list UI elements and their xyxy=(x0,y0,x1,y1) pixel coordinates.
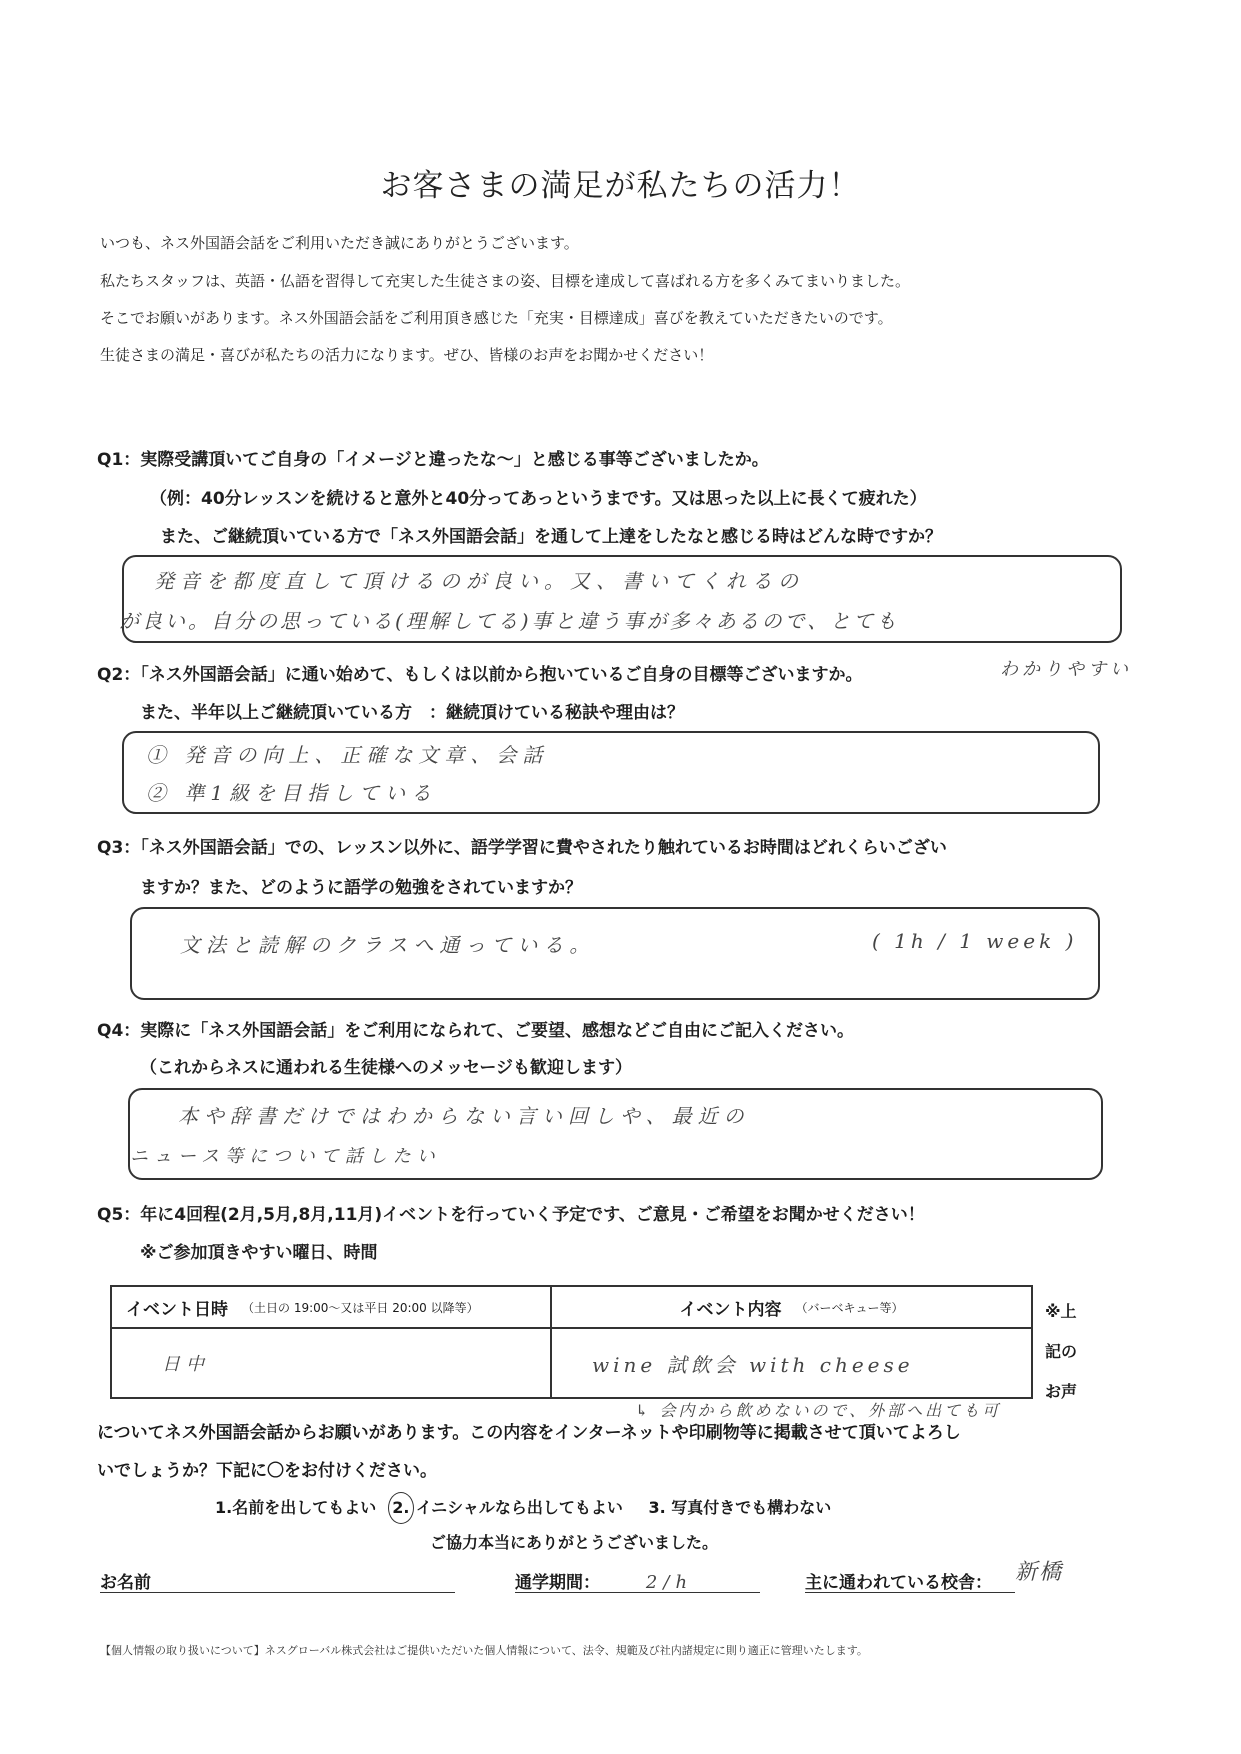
q1-answer-box[interactable]: 発音を都度直して頂けるのが良い。又、書いてくれるの が良い。自分の思っている(理… xyxy=(122,555,1122,643)
intro-line: そこでお願いがあります。ネス外国語会話をご利用頂き感じた「充実・目標達成」喜びを… xyxy=(100,307,893,328)
consent-option-label: イニシャルなら出してもよい xyxy=(416,1498,623,1517)
side-note-line: 記の xyxy=(1045,1332,1085,1372)
event-content-value: wine 試飲会 with cheese xyxy=(592,1349,914,1378)
q1-example: （例：40分レッスンを続けると意外と40分ってあっというまです。又は思った以上に… xyxy=(150,484,927,509)
consent-option-number: 3. xyxy=(648,1498,665,1517)
intro-line: 生徒さまの満足・喜びが私たちの活力になります。ぜひ、皆様のお声をお聞かせください… xyxy=(100,344,713,365)
consent-option-label: 名前を出してもよい xyxy=(232,1498,376,1517)
event-content-header-note: （バーベキュー等） xyxy=(795,1299,903,1316)
q1-answer-overflow: わかりやすい xyxy=(1000,655,1132,681)
consent-option-label: 写真付きでも構わない xyxy=(671,1498,831,1517)
school-value: 新橋 xyxy=(1015,1555,1063,1586)
q3-answer-frequency: ( 1h / 1 week ) xyxy=(872,929,1077,953)
consent-line2: いでしょうか？下記に〇をお付けください。 xyxy=(97,1456,437,1481)
q1-sub: また、ご継続頂いている方で「ネス外国語会話」を通して上達をしたなと感じる時はどん… xyxy=(160,522,942,547)
consent-option-number: 2. xyxy=(392,1498,409,1517)
consent-option-3[interactable]: 3. 写真付きでも構わない xyxy=(648,1498,831,1517)
consent-option-number: 1. xyxy=(215,1498,232,1517)
enrollment-period-field[interactable]: 通学期間： 2/h xyxy=(515,1568,760,1593)
consent-line1: についてネス外国語会話からお願いがあります。この内容をインターネットや印刷物等に… xyxy=(97,1418,961,1443)
q3-label: Q3：「ネス外国語会話」での、レッスン以外に、語学学習に費やされたり触れているお… xyxy=(97,833,947,858)
q2-answer-box[interactable]: ① 発音の向上、正確な文章、会話 ② 準1級を目指している xyxy=(122,731,1100,814)
q4-label: Q4：実際に「ネス外国語会話」をご利用になられて、ご要望、感想などご自由にご記入… xyxy=(97,1016,854,1041)
q2-answer-line2: ② 準1級を目指している xyxy=(146,777,437,806)
q5-label: Q5：年に4回程(2月,5月,8月,11月)イベントを行っていく予定です、ご意見… xyxy=(97,1200,925,1225)
q1-answer-line2: が良い。自分の思っている(理解してる)事と違う事が多々あるので、とても xyxy=(119,605,899,634)
q2-sub: また、半年以上ご継続頂いている方 ：継続頂けている秘訣や理由は？ xyxy=(140,698,684,723)
event-table: イベント日時 （土日の 19:00～又は平日 20:00 以降等） イベント内容… xyxy=(110,1285,1033,1399)
q2-label: Q2：「ネス外国語会話」に通い始めて、もしくは以前から抱いているご自身の目標等ご… xyxy=(97,660,862,685)
event-date-header: イベント日時 （土日の 19:00～又は平日 20:00 以降等） xyxy=(112,1287,552,1329)
q1-label: Q1：実際受講頂いてご自身の「イメージと違ったな～」と感じる事等ございましたか。 xyxy=(97,445,769,470)
side-note-line: ※上 xyxy=(1045,1292,1085,1332)
event-date-value: 日中 xyxy=(162,1350,210,1376)
thanks-message: ご協力本当にありがとうございました。 xyxy=(430,1530,718,1553)
period-label: 通学期間： xyxy=(515,1573,600,1593)
event-date-cell[interactable]: 日中 xyxy=(112,1329,552,1397)
consent-option-2[interactable]: 2.イニシャルなら出してもよい xyxy=(386,1498,629,1517)
privacy-notice: 【個人情報の取り扱いについて】ネスグローバル株式会社はご提供いただいた個人情報に… xyxy=(100,1642,868,1658)
q1-answer-line1: 発音を都度直して頂けるのが良い。又、書いてくれるの xyxy=(154,565,804,594)
period-value: 2/h xyxy=(646,1572,693,1593)
side-note-line: お声 xyxy=(1045,1372,1085,1412)
event-date-header-label: イベント日時 xyxy=(126,1295,228,1320)
q3-sub: ますか？また、どのように語学の勉強をされていますか？ xyxy=(140,873,582,898)
selected-circle-mark: 2. xyxy=(388,1492,414,1524)
name-field[interactable]: お名前 xyxy=(100,1568,455,1593)
page-title: お客さまの満足が私たちの活力！ xyxy=(0,160,1241,205)
q5-sub: ※ご参加頂きやすい曜日、時間 xyxy=(140,1238,378,1263)
consent-option-1[interactable]: 1.名前を出してもよい xyxy=(215,1498,382,1517)
q3-answer-box[interactable]: 文法と読解のクラスへ通っている。 ( 1h / 1 week ) xyxy=(130,907,1100,1000)
school-field[interactable]: 主に通われている校舎： xyxy=(805,1568,1015,1593)
q4-answer-line2: ニュース等について話したい xyxy=(130,1142,441,1168)
q4-answer-line1: 本や辞書だけではわからない言い回しや、最近の xyxy=(178,1100,750,1129)
q3-answer: 文法と読解のクラスへ通っている。 xyxy=(180,929,595,958)
q2-answer-line1: ① 発音の向上、正確な文章、会話 xyxy=(146,739,548,768)
side-note: ※上 記の お声 xyxy=(1045,1292,1085,1412)
q4-sub: （これからネスに通われる生徒様へのメッセージも歓迎します） xyxy=(140,1053,632,1078)
name-label: お名前 xyxy=(100,1573,151,1593)
school-label: 主に通われている校舎： xyxy=(805,1573,992,1593)
event-content-header-label: イベント内容 xyxy=(679,1295,781,1320)
intro-line: いつも、ネス外国語会話をご利用いただき誠にありがとうございます。 xyxy=(100,232,579,253)
intro-line: 私たちスタッフは、英語・仏語を習得して充実した生徒さまの姿、目標を達成して喜ばれ… xyxy=(100,270,910,291)
q4-answer-box[interactable]: 本や辞書だけではわからない言い回しや、最近の ニュース等について話したい xyxy=(128,1088,1103,1180)
event-content-header: イベント内容 （バーベキュー等） xyxy=(552,1287,1031,1329)
event-content-cell[interactable]: wine 試飲会 with cheese xyxy=(552,1329,1031,1397)
event-date-header-note: （土日の 19:00～又は平日 20:00 以降等） xyxy=(242,1299,479,1316)
consent-options: 1.名前を出してもよい 2.イニシャルなら出してもよい 3. 写真付きでも構わな… xyxy=(215,1492,831,1524)
